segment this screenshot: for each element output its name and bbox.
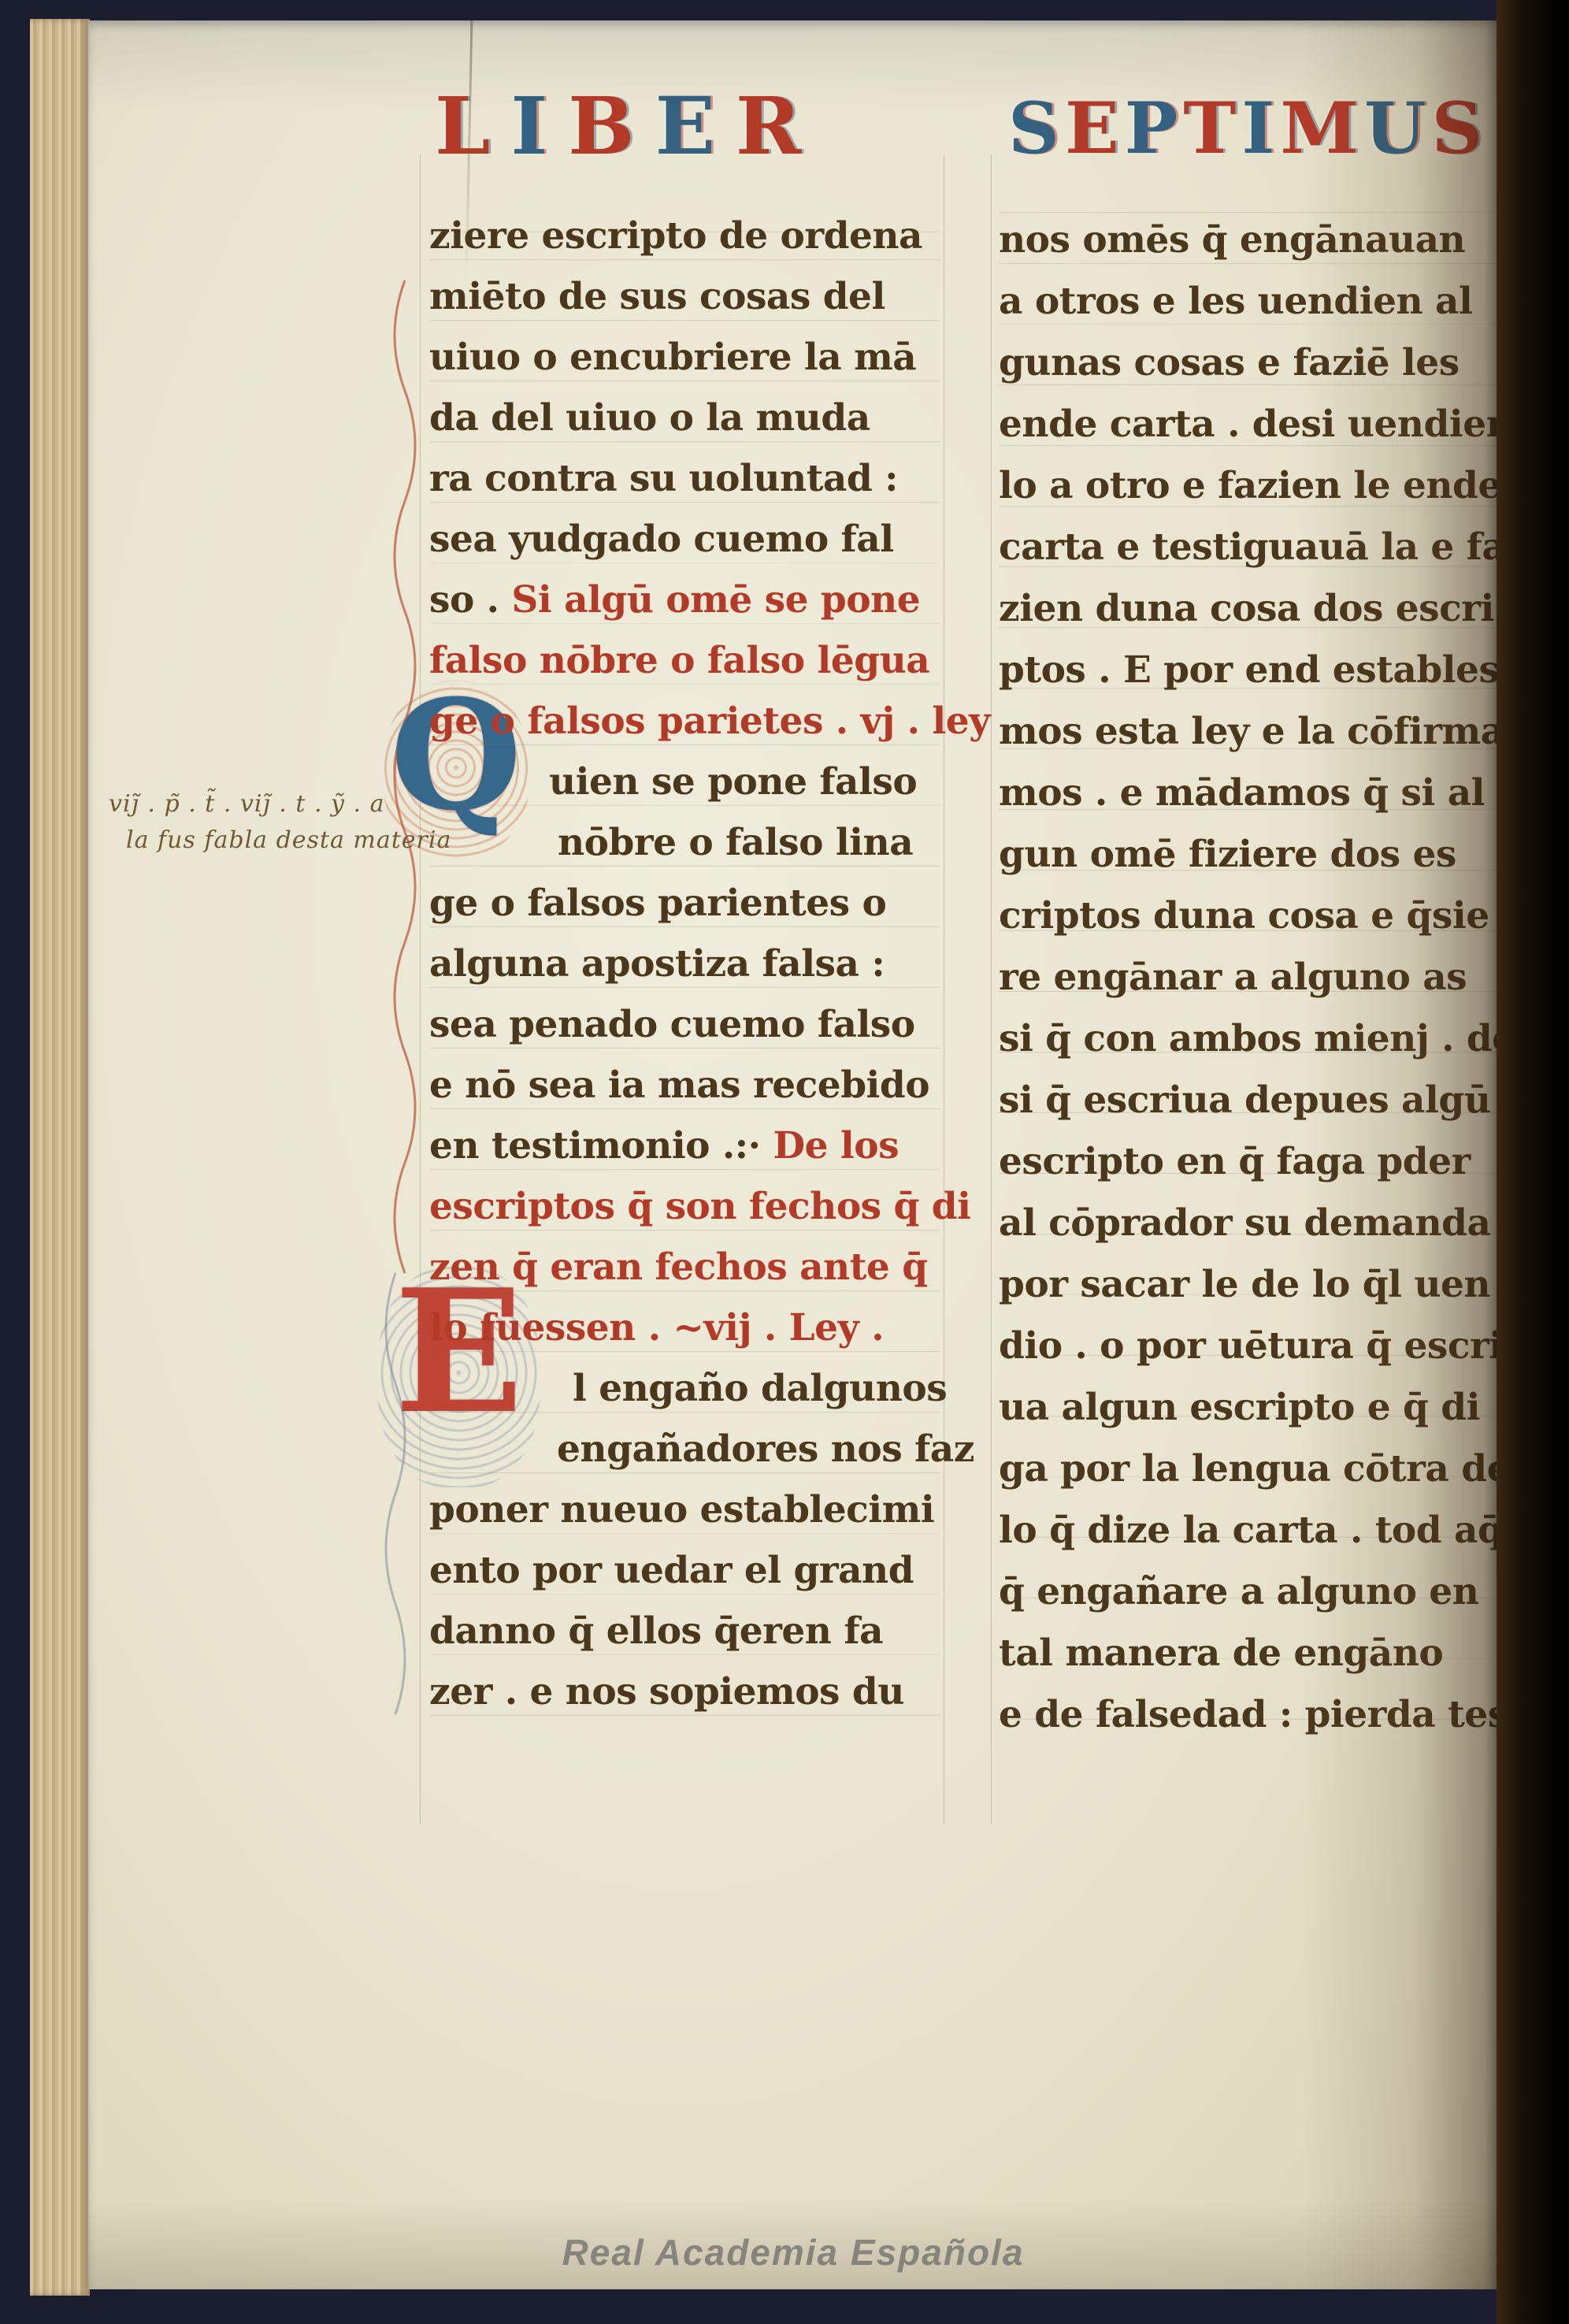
text-segment: mos . e mādamos q̄ si al — [999, 771, 1485, 815]
text-segment: De los — [773, 1124, 899, 1168]
margin-annotation-line: la fus fabla desta materia — [109, 822, 451, 859]
text-line: zien duna cosa dos escri — [999, 578, 1511, 640]
text-line: sea penado cuemo falso — [429, 994, 940, 1055]
text-line: gunas cosas e faziē les — [999, 332, 1511, 394]
text-segment: ge o falsos parietes . vj . ley — [429, 700, 990, 743]
text-line: ua algun escripto e q̄ di — [999, 1377, 1511, 1439]
text-line: lo q̄ dize la carta . tod aq̄l — [999, 1500, 1511, 1561]
text-line: alguna apostiza falsa : — [429, 934, 940, 994]
ornate-capital-letter: E — [655, 80, 736, 173]
text-segment: lo a otro e fazien le ende — [999, 464, 1501, 507]
text-segment: nōbre o falso lina — [558, 821, 913, 864]
text-line: escripto en q̄ faga pder — [999, 1131, 1511, 1193]
text-line: al cōprador su demanda — [999, 1193, 1511, 1254]
text-segment: gunas cosas e faziē les — [999, 341, 1460, 384]
manuscript-photo: LIBER SEPTIMUS Q E ziere escripto de ord… — [0, 0, 1569, 2324]
text-line: e de falsedad : pierda tes — [999, 1684, 1511, 1746]
text-segment: ento por uedar el grand — [429, 1549, 914, 1592]
column-right: nos omēs q̄ engānauana otros e les uendi… — [999, 210, 1511, 1777]
text-line: uien se pone falso — [429, 752, 940, 812]
text-segment: por sacar le de lo q̄l uen — [999, 1263, 1490, 1306]
text-line: so . Si algū omē se pone — [429, 570, 940, 630]
text-line: criptos duna cosa e q̄sie — [999, 885, 1511, 947]
text-line: ende carta . desi uendien — [999, 394, 1511, 455]
text-line: a otros e les uendien al — [999, 271, 1511, 332]
ornate-capital-letter: B — [568, 80, 655, 173]
ornate-capital-letter: M — [1280, 87, 1364, 170]
text-segment: engañadores nos faz — [557, 1427, 974, 1471]
text-segment: gun omē fiziere dos es — [999, 833, 1456, 876]
text-segment: a otros e les uendien al — [999, 280, 1472, 323]
text-line: zer . e nos sopiemos du — [429, 1661, 940, 1722]
text-line: ga por la lengua cōtra de — [999, 1439, 1511, 1500]
text-line: sea yudgado cuemo fal — [429, 509, 940, 570]
text-line: gun omē fiziere dos es — [999, 824, 1511, 885]
text-segment: zen q̄ eran fechos ante q̄ — [429, 1246, 928, 1289]
text-segment: ptos . E por end establesce — [999, 648, 1545, 692]
margin-annotation: vij̃ . p̃ . t̃ . vij̃ . t . ỹ . a la fus… — [109, 786, 451, 859]
text-line: ge o falsos parietes . vj . ley — [429, 691, 940, 752]
text-line: falso nōbre o falso lēgua — [429, 630, 940, 691]
column-left: ziere escripto de ordenamiēto de sus cos… — [429, 206, 940, 1750]
text-segment: criptos duna cosa e q̄sie — [999, 894, 1489, 937]
ruling-line-vertical — [991, 154, 992, 1825]
running-title-liber: LIBER — [435, 87, 822, 165]
text-line: en testimonio .:· De los — [429, 1116, 940, 1176]
text-segment: dio . o por uētura q̄ escri — [999, 1324, 1503, 1368]
ruling-line-vertical — [944, 154, 944, 1825]
text-line: escriptos q̄ son fechos q̄ di — [429, 1176, 940, 1237]
text-line: ento por uedar el grand — [429, 1540, 940, 1601]
text-segment: ziere escripto de ordena — [429, 214, 922, 258]
text-segment: ende carta . desi uendien — [999, 403, 1512, 446]
ornate-capital-letter: T — [1183, 87, 1241, 170]
text-segment: si q̄ con ambos mienj . de — [999, 1017, 1515, 1060]
text-segment: ge o falsos parientes o — [429, 882, 886, 925]
text-segment: ua algun escripto e q̄ di — [999, 1386, 1480, 1429]
text-segment: carta e testiguauā la e fa — [999, 525, 1505, 569]
text-line: l engaño dalgunos — [429, 1358, 940, 1419]
text-segment: zien duna cosa dos escri — [999, 587, 1494, 630]
text-segment: poner nueuo establecimi — [429, 1488, 934, 1531]
text-segment: escripto en q̄ faga pder — [999, 1140, 1471, 1183]
ornate-capital-letter: U — [1364, 87, 1432, 170]
text-line: tal manera de engāno — [999, 1623, 1511, 1684]
text-segment: en testimonio .:· — [429, 1124, 773, 1168]
text-line: miēto de sus cosas del — [429, 266, 940, 327]
text-segment: q̄ engañare a alguno en — [999, 1570, 1478, 1613]
text-segment: e nō sea ia mas recebido — [429, 1064, 929, 1107]
text-segment: miēto de sus cosas del — [429, 275, 885, 318]
text-segment: e de falsedad : pierda tes — [999, 1693, 1508, 1736]
text-segment: lo fuessen . ~vij . Ley . — [429, 1306, 884, 1349]
text-line: zen q̄ eran fechos ante q̄ — [429, 1237, 940, 1298]
ornate-capital-letter: S — [1008, 87, 1065, 170]
parchment-page: LIBER SEPTIMUS Q E ziere escripto de ord… — [88, 20, 1498, 2289]
ruling-line-vertical — [420, 154, 421, 1825]
ornate-capital-letter: S — [1432, 87, 1489, 170]
text-line: lo a otro e fazien le ende — [999, 455, 1511, 517]
ornate-capital-letter: I — [510, 80, 568, 173]
text-segment: re engānar a alguno as — [999, 956, 1467, 999]
text-line: ptos . E por end establesce — [999, 640, 1511, 701]
text-segment: mos esta ley e la cōfirma — [999, 710, 1504, 753]
text-line: lo fuessen . ~vij . Ley . — [429, 1298, 940, 1358]
text-line: nos omēs q̄ engānauan — [999, 210, 1511, 271]
text-segment: tal manera de engāno — [999, 1632, 1443, 1675]
text-line: mos esta ley e la cōfirma — [999, 701, 1511, 763]
ornate-capital-letter: I — [1241, 87, 1280, 170]
text-line: dio . o por uētura q̄ escri — [999, 1316, 1511, 1377]
text-line: carta e testiguauā la e fa — [999, 517, 1511, 578]
text-segment: ra contra su uoluntad : — [429, 457, 898, 500]
text-segment: si q̄ escriua depues algū — [999, 1078, 1490, 1122]
text-segment: sea yudgado cuemo fal — [429, 518, 894, 561]
text-segment: nos omēs q̄ engānauan — [999, 218, 1465, 262]
text-segment: falso nōbre o falso lēgua — [429, 639, 929, 682]
text-line: nōbre o falso lina — [429, 812, 940, 873]
text-line: ziere escripto de ordena — [429, 206, 940, 266]
text-segment: ga por la lengua cōtra de — [999, 1447, 1510, 1491]
book-fore-edge — [1497, 0, 1569, 2324]
library-watermark: Real Academia Española — [88, 2231, 1498, 2274]
text-line: re engānar a alguno as — [999, 947, 1511, 1008]
text-segment: uien se pone falso — [549, 760, 917, 804]
margin-annotation-line: vij̃ . p̃ . t̃ . vij̃ . t . ỹ . a — [109, 786, 451, 822]
text-line: ra contra su uoluntad : — [429, 448, 940, 509]
text-line: da del uiuo o la muda — [429, 388, 940, 448]
ornate-capital-letter: R — [736, 80, 822, 173]
text-segment: Si algū omē se pone — [511, 578, 920, 622]
text-line: e nō sea ia mas recebido — [429, 1055, 940, 1116]
text-segment: danno q̄ ellos q̄eren fa — [429, 1609, 883, 1653]
text-segment: da del uiuo o la muda — [429, 396, 870, 440]
text-line: uiuo o encubriere la mā — [429, 327, 940, 388]
text-segment: escriptos q̄ son fechos q̄ di — [429, 1185, 970, 1228]
text-segment: zer . e nos sopiemos du — [429, 1670, 904, 1713]
text-line: si q̄ escriua depues algū — [999, 1070, 1511, 1131]
text-segment: l engaño dalgunos — [573, 1367, 947, 1410]
text-segment: so . — [429, 578, 511, 622]
text-line: poner nueuo establecimi — [429, 1479, 940, 1540]
text-line: por sacar le de lo q̄l uen — [999, 1254, 1511, 1316]
running-title-septimus: SEPTIMUS — [1008, 93, 1489, 164]
text-segment: lo q̄ dize la carta . tod aq̄l — [999, 1509, 1517, 1552]
text-line: danno q̄ ellos q̄eren fa — [429, 1601, 940, 1661]
text-segment: sea penado cuemo falso — [429, 1003, 915, 1046]
text-line: engañadores nos faz — [429, 1419, 940, 1479]
text-segment: alguna apostiza falsa : — [429, 942, 885, 986]
text-line: q̄ engañare a alguno en — [999, 1561, 1511, 1623]
ornate-capital-letter: L — [435, 80, 510, 173]
text-line: si q̄ con ambos mienj . de — [999, 1008, 1511, 1070]
page-edge-stack — [30, 19, 90, 2296]
text-segment: al cōprador su demanda — [999, 1201, 1491, 1245]
text-line: ge o falsos parientes o — [429, 873, 940, 934]
text-line: mos . e mādamos q̄ si al — [999, 763, 1511, 824]
ornate-capital-letter: E — [1065, 87, 1125, 170]
ornate-capital-letter: P — [1125, 87, 1184, 170]
text-segment: uiuo o encubriere la mā — [429, 336, 916, 379]
